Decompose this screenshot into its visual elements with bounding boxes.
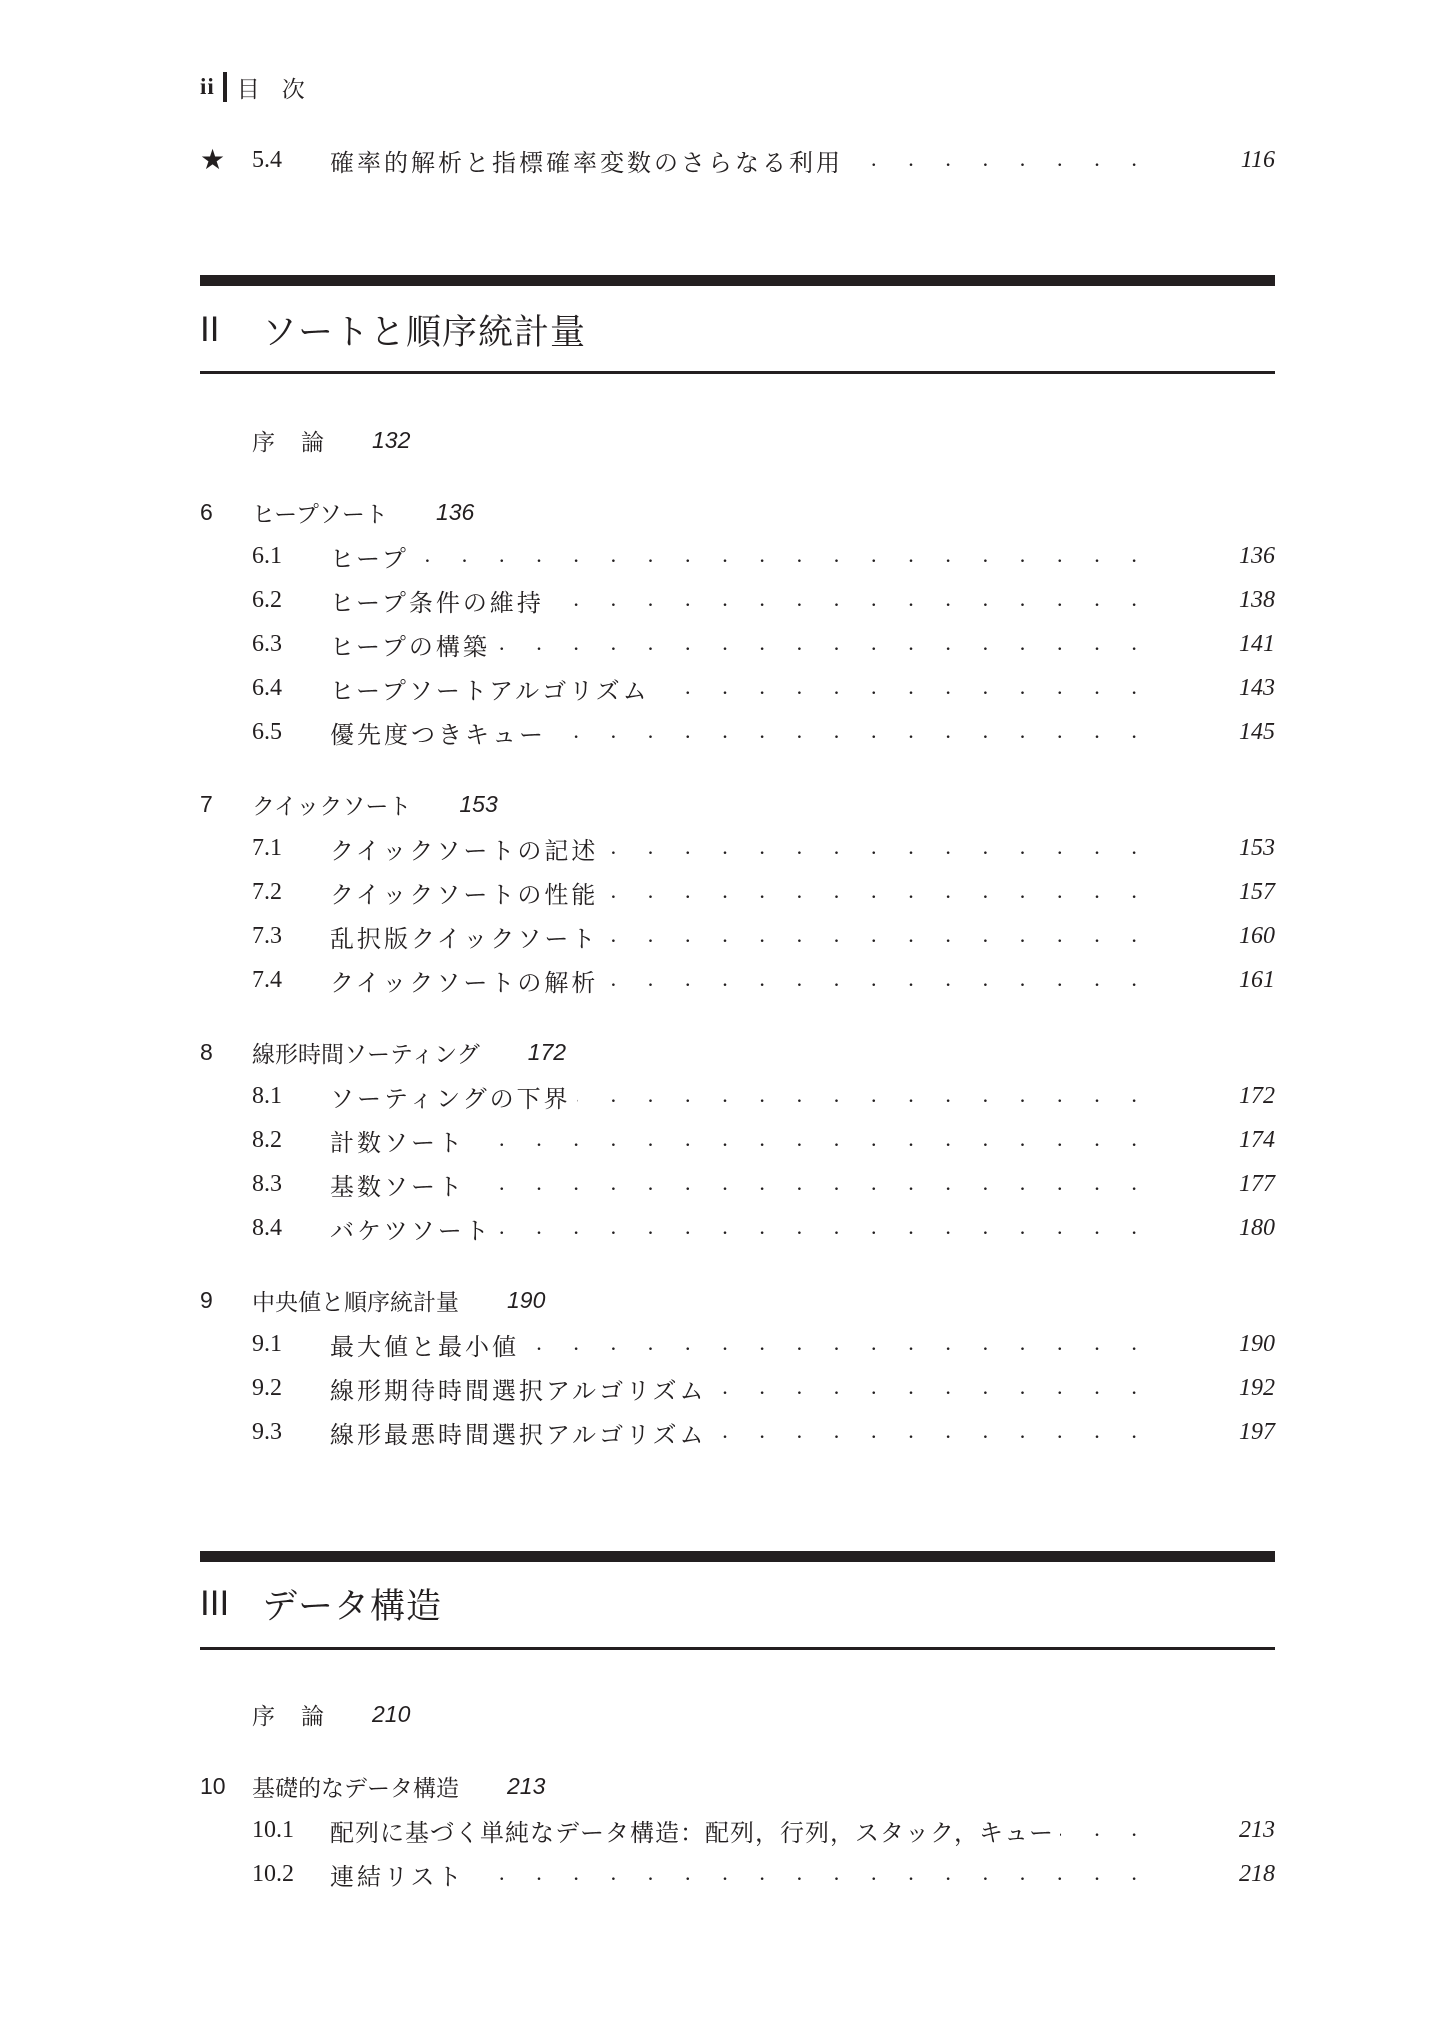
part-title: データ構造 bbox=[262, 1579, 442, 1629]
toc-section-8-4[interactable]: 8.4 バケツソート . . . . . . . . . . . . . . .… bbox=[200, 1206, 1275, 1250]
section-title: 連結リスト bbox=[330, 1857, 471, 1892]
section-title: 最大値と最小値 bbox=[330, 1327, 525, 1362]
part-heading-III[interactable]: III データ構造 bbox=[200, 1574, 442, 1634]
page-number: 213 bbox=[507, 1773, 545, 1800]
section-number: 5.4 bbox=[252, 147, 282, 174]
toc-section-5-4[interactable]: ★ 5.4 確率的解析と指標確率変数のさらなる利用 . . . . . . . … bbox=[200, 138, 1275, 182]
section-title: 優先度つきキュー bbox=[330, 715, 552, 750]
page-number: 172 bbox=[1239, 1083, 1275, 1110]
section-title: 計数ソート bbox=[330, 1123, 471, 1158]
section-title: 線形期待時間選択アルゴリズム bbox=[330, 1371, 713, 1406]
section-title: クイックソートの記述 bbox=[330, 831, 604, 866]
toc-section-7-1[interactable]: 7.1 クイックソートの記述 . . . . . . . . . . . . .… bbox=[200, 826, 1275, 870]
section-number: 9.1 bbox=[252, 1331, 282, 1358]
toc-section-6-3[interactable]: 6.3 ヒープの構築 . . . . . . . . . . . . . . .… bbox=[200, 622, 1275, 666]
toc-section-9-3[interactable]: 9.3 線形最悪時間選択アルゴリズム . . . . . . . . . . .… bbox=[200, 1410, 1275, 1454]
running-head-title: 目次 bbox=[237, 71, 327, 104]
page-number: 157 bbox=[1239, 879, 1275, 906]
page-number: 213 bbox=[1239, 1817, 1275, 1844]
section-title: ヒープの構築 bbox=[330, 627, 496, 662]
section-number: 6.5 bbox=[252, 719, 282, 746]
section-title: クイックソートの性能 bbox=[330, 875, 604, 910]
toc-section-6-2[interactable]: 6.2 ヒープ条件の維持 . . . . . . . . . . . . . .… bbox=[200, 578, 1275, 622]
section-number: 10.2 bbox=[252, 1861, 294, 1888]
section-title: ソーティングの下界 bbox=[330, 1079, 577, 1114]
page-number: 153 bbox=[459, 791, 497, 818]
chapter-number: 8 bbox=[200, 1039, 213, 1066]
section-number: 7.3 bbox=[252, 923, 282, 950]
toc-section-7-4[interactable]: 7.4 クイックソートの解析 . . . . . . . . . . . . .… bbox=[200, 958, 1275, 1002]
page-number: 177 bbox=[1239, 1171, 1275, 1198]
section-title: 基数ソート bbox=[330, 1167, 471, 1202]
section-number: 7.4 bbox=[252, 967, 282, 994]
toc-section-6-5[interactable]: 6.5 優先度つきキュー . . . . . . . . . . . . . .… bbox=[200, 710, 1275, 754]
section-number: 9.2 bbox=[252, 1375, 282, 1402]
part-heading-II[interactable]: II ソートと順序統計量 bbox=[200, 300, 586, 360]
page-number: 161 bbox=[1239, 967, 1275, 994]
chapter-title: ヒープソート bbox=[252, 496, 388, 529]
toc-section-6-1[interactable]: 6.1 ヒープ . . . . . . . . . . . . . . . . … bbox=[200, 534, 1275, 578]
toc-section-9-1[interactable]: 9.1 最大値と最小値 . . . . . . . . . . . . . . … bbox=[200, 1322, 1275, 1366]
section-number: 8.3 bbox=[252, 1171, 282, 1198]
toc-section-9-2[interactable]: 9.2 線形期待時間選択アルゴリズム . . . . . . . . . . .… bbox=[200, 1366, 1275, 1410]
page-number: 141 bbox=[1239, 631, 1275, 658]
page-number: 190 bbox=[1239, 1331, 1275, 1358]
section-number: 10.1 bbox=[252, 1817, 294, 1844]
chapter-title: 線形時間ソーティング bbox=[252, 1036, 480, 1069]
page-number: 180 bbox=[1239, 1215, 1275, 1242]
toc-section-8-3[interactable]: 8.3 基数ソート . . . . . . . . . . . . . . . … bbox=[200, 1162, 1275, 1206]
section-number: 7.2 bbox=[252, 879, 282, 906]
section-title: 線形最悪時間選択アルゴリズム bbox=[330, 1415, 713, 1450]
section-number: 8.1 bbox=[252, 1083, 282, 1110]
page-number: 145 bbox=[1239, 719, 1275, 746]
page-number: 132 bbox=[372, 427, 410, 454]
section-title: 配列に基づく単純なデータ構造：配列，行列，スタック，キュー bbox=[330, 1813, 1060, 1848]
toc-section-7-3[interactable]: 7.3 乱択版クイックソート . . . . . . . . . . . . .… bbox=[200, 914, 1275, 958]
page-number: 218 bbox=[1239, 1861, 1275, 1888]
part-title: ソートと順序統計量 bbox=[262, 305, 586, 355]
part-rule-bottom bbox=[200, 1647, 1275, 1650]
page-number: 210 bbox=[372, 1701, 410, 1728]
intro-label: 序論 bbox=[252, 1698, 350, 1731]
page-folio: ii bbox=[200, 74, 215, 100]
intro-label: 序論 bbox=[252, 424, 350, 457]
dot-leader: . . . . . . . . . . . . . . . . . . . . … bbox=[330, 542, 1150, 572]
folio-divider bbox=[223, 72, 227, 102]
toc-section-10-1[interactable]: 10.1 配列に基づく単純なデータ構造：配列，行列，スタック，キュー . . .… bbox=[200, 1808, 1275, 1852]
page-number: 136 bbox=[436, 499, 474, 526]
section-title: バケツソート bbox=[330, 1211, 498, 1246]
chapter-number: 10 bbox=[200, 1773, 226, 1800]
section-number: 6.1 bbox=[252, 543, 282, 570]
part-number: III bbox=[200, 1584, 262, 1624]
section-number: 8.4 bbox=[252, 1215, 282, 1242]
page-number: 116 bbox=[1241, 147, 1275, 174]
section-number: 6.4 bbox=[252, 675, 282, 702]
toc-section-8-2[interactable]: 8.2 計数ソート . . . . . . . . . . . . . . . … bbox=[200, 1118, 1275, 1162]
section-title: ヒープ bbox=[330, 539, 415, 574]
chapter-title: 中央値と順序統計量 bbox=[252, 1284, 459, 1317]
page-number: 172 bbox=[528, 1039, 566, 1066]
section-title: ヒープ条件の維持 bbox=[330, 583, 550, 618]
page-number: 138 bbox=[1239, 587, 1275, 614]
page-number: 190 bbox=[507, 1287, 545, 1314]
section-number: 6.2 bbox=[252, 587, 282, 614]
page-number: 143 bbox=[1239, 675, 1275, 702]
section-number: 6.3 bbox=[252, 631, 282, 658]
section-title: ヒープソートアルゴリズム bbox=[330, 671, 656, 706]
toc-section-7-2[interactable]: 7.2 クイックソートの性能 . . . . . . . . . . . . .… bbox=[200, 870, 1275, 914]
toc-intro-II[interactable]: 序論 132 bbox=[252, 420, 410, 460]
section-number: 8.2 bbox=[252, 1127, 282, 1154]
part-rule-top bbox=[200, 275, 1275, 286]
toc-section-8-1[interactable]: 8.1 ソーティングの下界 . . . . . . . . . . . . . … bbox=[200, 1074, 1275, 1118]
chapter-number: 6 bbox=[200, 499, 213, 526]
page-number: 136 bbox=[1239, 543, 1275, 570]
toc-section-6-4[interactable]: 6.4 ヒープソートアルゴリズム . . . . . . . . . . . .… bbox=[200, 666, 1275, 710]
page-number: 174 bbox=[1239, 1127, 1275, 1154]
running-head: ii 目次 bbox=[200, 70, 327, 104]
toc-section-10-2[interactable]: 10.2 連結リスト . . . . . . . . . . . . . . .… bbox=[200, 1852, 1275, 1896]
star-icon: ★ bbox=[200, 143, 225, 177]
part-number: II bbox=[200, 310, 262, 350]
section-number: 9.3 bbox=[252, 1419, 282, 1446]
page-number: 197 bbox=[1239, 1419, 1275, 1446]
chapter-title: クイックソート bbox=[252, 788, 411, 821]
page-number: 153 bbox=[1239, 835, 1275, 862]
section-title: 乱択版クイックソート bbox=[330, 919, 604, 954]
page-number: 192 bbox=[1239, 1375, 1275, 1402]
toc-intro-III[interactable]: 序論 210 bbox=[252, 1694, 410, 1734]
part-rule-top bbox=[200, 1551, 1275, 1562]
chapter-number: 9 bbox=[200, 1287, 213, 1314]
part-rule-bottom bbox=[200, 371, 1275, 374]
page-number: 160 bbox=[1239, 923, 1275, 950]
section-title: クイックソートの解析 bbox=[330, 963, 604, 998]
section-title: 確率的解析と指標確率変数のさらなる利用 bbox=[330, 143, 849, 178]
chapter-title: 基礎的なデータ構造 bbox=[252, 1770, 459, 1803]
section-number: 7.1 bbox=[252, 835, 282, 862]
chapter-number: 7 bbox=[200, 791, 213, 818]
